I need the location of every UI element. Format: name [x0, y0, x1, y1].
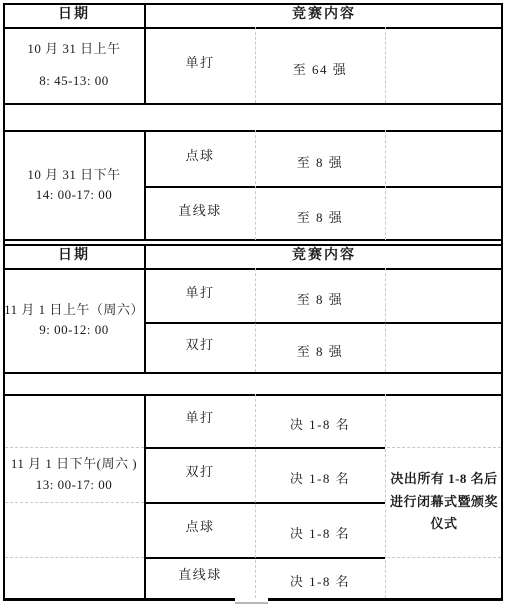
page-break-gray-mark [235, 602, 268, 604]
event-stage-text: 至 8 强 [297, 290, 344, 310]
session-time-text: 9: 00-12: 00 [39, 320, 109, 340]
column-divider-line [144, 394, 146, 598]
table1-session1-date-cell: 10 月 31 日上午 8: 45-13: 00 [3, 27, 145, 103]
table-right-border [501, 3, 503, 600]
row-divider-line [3, 130, 503, 132]
dashed-column-line [385, 268, 386, 372]
table2-session2-stage3-cell: 决 1-8 名 [255, 502, 385, 557]
table2-session2-stage2-cell: 决 1-8 名 [255, 447, 385, 502]
column-divider-line [144, 130, 146, 240]
table2-session2-stage1-cell: 决 1-8 名 [255, 394, 385, 447]
table2-session2-event3-cell: 点球 [145, 502, 255, 557]
dashed-column-line [385, 130, 386, 240]
event-name-text: 单打 [185, 53, 214, 73]
event-name-text: 直线球 [178, 201, 222, 221]
event-name-text: 双打 [185, 462, 214, 482]
row-divider-line [3, 394, 503, 396]
row-divider-line [145, 322, 503, 324]
event-stage-text: 决 1-8 名 [290, 469, 350, 489]
dashed-row-line [5, 502, 144, 503]
event-stage-text: 至 8 强 [297, 208, 344, 228]
column-divider-line [144, 244, 146, 372]
table2-session1-date-cell: 11 月 1 日上午（周六） 9: 00-12: 00 [3, 268, 145, 372]
schedule-document: 日期 竞赛内容 10 月 31 日上午 8: 45-13: 00 单打 至 64… [0, 0, 509, 608]
table2-session2-stage4-cell: 决 1-8 名 [255, 557, 385, 598]
table2-session2-event1-cell: 单打 [145, 394, 255, 447]
table1-bottom-border [3, 239, 503, 241]
dashed-column-line [385, 27, 386, 103]
table1-session2-date-cell: 10 月 31 日下午 14: 00-17: 00 [3, 130, 145, 240]
table1-session1-event-cell: 单打 [145, 27, 255, 103]
row-divider-line [145, 557, 385, 559]
event-stage-text: 至 8 强 [297, 342, 344, 362]
table2-session1-stage1-cell: 至 8 强 [255, 268, 385, 322]
session-date-text: 11 月 1 日下午(周六 ) [11, 454, 137, 474]
table1-header-date: 日期 [3, 3, 145, 27]
event-stage-text: 至 8 强 [297, 153, 344, 173]
event-stage-text: 决 1-8 名 [290, 524, 350, 544]
table2-session1-event1-cell: 单打 [145, 268, 255, 322]
table1-header-content: 竞赛内容 [145, 3, 503, 27]
table1-header-date-label: 日期 [58, 4, 90, 26]
dashed-row-line [387, 557, 501, 558]
closing-ceremony-note-cell: 决出所有 1-8 名后 进行闭幕式暨颁奖 仪式 [385, 447, 503, 557]
event-stage-text: 决 1-8 名 [290, 572, 350, 592]
table2-header-content-label: 竞赛内容 [292, 245, 356, 267]
table2-session2-event4-cell: 直线球 [145, 557, 255, 598]
table1-session1-stage-cell: 至 64 强 [255, 27, 385, 103]
session-date-text: 10 月 31 日下午 [27, 165, 120, 185]
row-divider-line [145, 502, 385, 504]
row-divider-line [145, 186, 503, 188]
event-name-text: 单打 [185, 283, 214, 303]
table2-header-content: 竞赛内容 [145, 244, 503, 268]
table2-session2-event2-cell: 双打 [145, 447, 255, 502]
table1-session2-event1-cell: 点球 [145, 130, 255, 186]
row-divider-line [145, 447, 385, 449]
session-time-text: 8: 45-13: 00 [39, 71, 109, 91]
dashed-column-line [255, 130, 256, 240]
dashed-row-line [5, 447, 144, 448]
table-top-border [3, 3, 503, 5]
row-divider-line [3, 372, 503, 374]
event-name-text: 点球 [185, 517, 214, 537]
event-stage-text: 至 64 强 [293, 60, 348, 80]
table2-header-date-label: 日期 [58, 245, 90, 267]
row-divider-line [3, 27, 503, 29]
dashed-column-line [385, 394, 386, 598]
dashed-row-line [5, 557, 144, 558]
table1-header-content-label: 竞赛内容 [292, 4, 356, 26]
table2-session1-event2-cell: 双打 [145, 322, 255, 372]
dashed-row-line [387, 447, 501, 448]
session-date-text: 10 月 31 日上午 [27, 39, 120, 59]
session-time-text: 13: 00-17: 00 [36, 475, 113, 495]
note-line2-text: 进行闭幕式暨颁奖 [390, 491, 498, 514]
table2-header-date: 日期 [3, 244, 145, 268]
table1-session2-stage2-cell: 至 8 强 [255, 186, 385, 240]
column-divider-line [144, 3, 146, 103]
table2-session1-stage2-cell: 至 8 强 [255, 322, 385, 372]
table2-top-border [3, 244, 503, 246]
row-divider-line [3, 268, 503, 270]
session-time-text: 14: 00-17: 00 [36, 185, 113, 205]
event-stage-text: 决 1-8 名 [290, 415, 350, 435]
session-date-text: 11 月 1 日上午（周六） [4, 300, 144, 320]
dashed-column-line [255, 268, 256, 372]
table1-session2-stage1-cell: 至 8 强 [255, 130, 385, 186]
table-left-border [3, 3, 5, 600]
event-name-text: 点球 [185, 146, 214, 166]
note-line1-text: 决出所有 1-8 名后 [390, 468, 497, 491]
event-name-text: 单打 [185, 408, 214, 428]
dashed-column-line [255, 27, 256, 103]
note-line3-text: 仪式 [430, 513, 457, 536]
dashed-column-line [255, 394, 256, 598]
table1-session2-event2-cell: 直线球 [145, 186, 255, 240]
table2-session2-date-cell: 11 月 1 日下午(周六 ) 13: 00-17: 00 [3, 447, 145, 502]
row-divider-line [3, 103, 503, 105]
event-name-text: 双打 [185, 335, 214, 355]
event-name-text: 直线球 [178, 565, 222, 585]
